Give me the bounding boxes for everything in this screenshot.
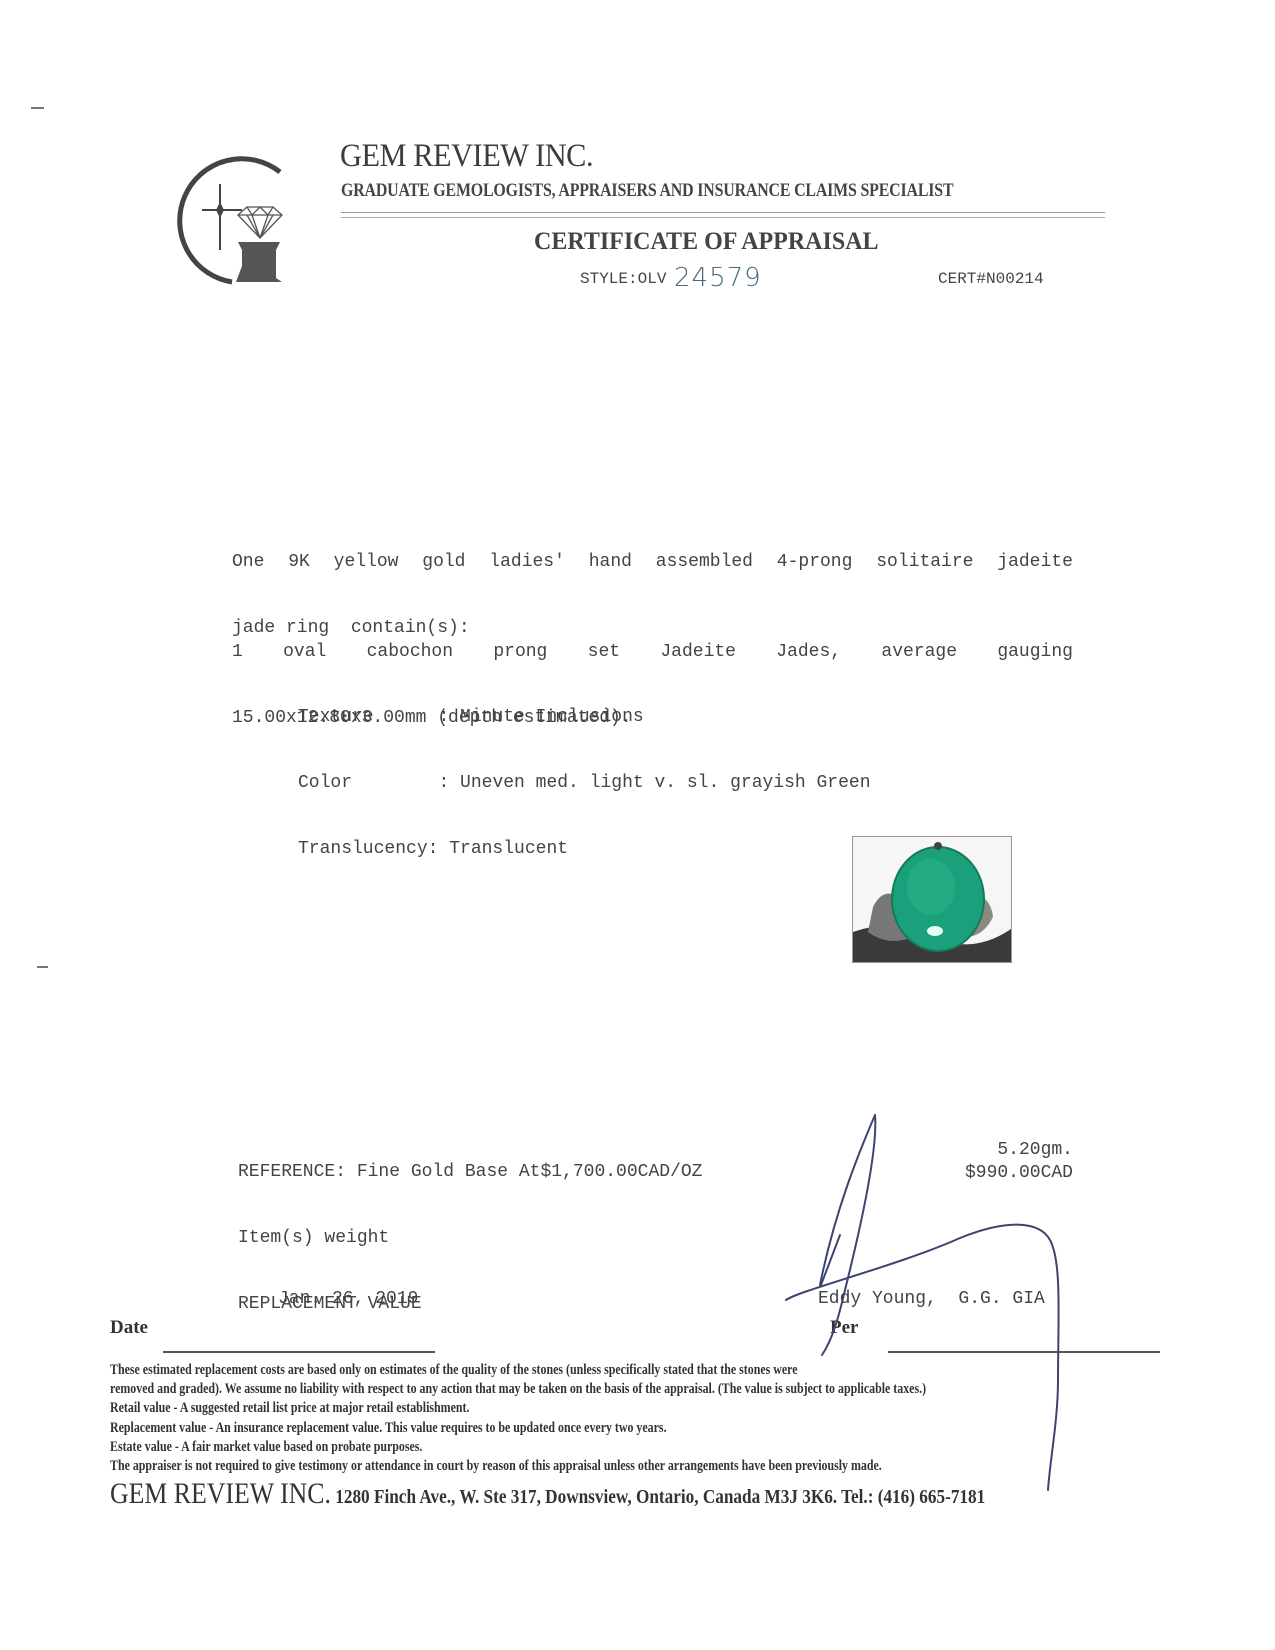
attribute-texture: Texture : Minute Inclusions bbox=[298, 706, 871, 728]
gold-reference: REFERENCE: Fine Gold Base At$1,700.00CAD… bbox=[238, 1161, 702, 1183]
word: jadeite bbox=[997, 551, 1073, 573]
date-line bbox=[163, 1351, 435, 1353]
appraisal-date: Jan. 26, 2019 bbox=[278, 1289, 418, 1309]
company-tagline: GRADUATE GEMOLOGISTS, APPRAISERS AND INS… bbox=[341, 181, 953, 202]
scan-mark-middle bbox=[37, 966, 48, 968]
word: ladies' bbox=[489, 551, 565, 573]
disclaimer-line: Retail value - A suggested retail list p… bbox=[110, 1399, 926, 1418]
word: cabochon bbox=[367, 641, 453, 663]
jade-ring-image bbox=[853, 837, 1011, 962]
word: 9K bbox=[288, 551, 310, 573]
word: Jadeite bbox=[660, 641, 736, 663]
word: gold bbox=[422, 551, 465, 573]
company-name: GEM REVIEW INC. bbox=[340, 138, 593, 175]
header-divider bbox=[341, 212, 1105, 218]
word: oval bbox=[283, 641, 326, 663]
cert-number: CERT#N00214 bbox=[938, 270, 1044, 288]
word: Jades, bbox=[776, 641, 841, 663]
disclaimer-line: Replacement value - An insurance replace… bbox=[110, 1419, 926, 1438]
stone-attributes: Texture : Minute Inclusions Color : Unev… bbox=[298, 662, 871, 882]
disclaimer: These estimated replacement costs are ba… bbox=[110, 1361, 926, 1476]
weight-value: 5.20gm. bbox=[997, 1140, 1073, 1160]
signature-line bbox=[888, 1351, 1160, 1353]
word: set bbox=[588, 641, 620, 663]
stone-line-1: 1ovalcabochonprongsetJadeiteJades,averag… bbox=[232, 641, 1073, 663]
style-number-handwritten: 24579 bbox=[674, 263, 762, 293]
style-label: STYLE:OLV bbox=[580, 270, 666, 288]
word: One bbox=[232, 551, 264, 573]
word: solitaire bbox=[876, 551, 973, 573]
appraiser-name: Eddy Young, G.G. GIA bbox=[818, 1289, 1045, 1309]
weight-label: Item(s) weight bbox=[238, 1227, 702, 1249]
attribute-color: Color : Uneven med. light v. sl. grayish… bbox=[298, 772, 871, 794]
replacement-value: $990.00CAD bbox=[965, 1163, 1073, 1183]
footer-company-name: GEM REVIEW INC. bbox=[110, 1477, 331, 1510]
word: 4-prong bbox=[777, 551, 853, 573]
word: hand bbox=[589, 551, 632, 573]
disclaimer-line: Estate value - A fair market value based… bbox=[110, 1438, 926, 1457]
word: average bbox=[881, 641, 957, 663]
word: assembled bbox=[656, 551, 753, 573]
footer: GEM REVIEW INC. 1280 Finch Ave., W. Ste … bbox=[110, 1477, 985, 1511]
word: yellow bbox=[334, 551, 399, 573]
gem-review-logo-icon bbox=[172, 150, 302, 285]
ring-photo bbox=[852, 836, 1012, 963]
scan-mark-top bbox=[31, 107, 44, 109]
disclaimer-line: The appraiser is not required to give te… bbox=[110, 1457, 926, 1476]
word: gauging bbox=[997, 641, 1073, 663]
attribute-translucency: Translucency: Translucent bbox=[298, 838, 871, 860]
date-label: Date bbox=[110, 1317, 148, 1339]
document-title: CERTIFICATE OF APPRAISAL bbox=[534, 228, 879, 256]
description-line-1: One9Kyellowgoldladies'handassembled4-pro… bbox=[232, 551, 1073, 573]
disclaimer-line: removed and graded). We assume no liabil… bbox=[110, 1380, 926, 1399]
word: 1 bbox=[232, 641, 243, 663]
footer-address: 1280 Finch Ave., W. Ste 317, Downsview, … bbox=[331, 1486, 985, 1508]
per-label: Per bbox=[830, 1317, 858, 1339]
disclaimer-line: These estimated replacement costs are ba… bbox=[110, 1361, 926, 1380]
word: prong bbox=[493, 641, 547, 663]
